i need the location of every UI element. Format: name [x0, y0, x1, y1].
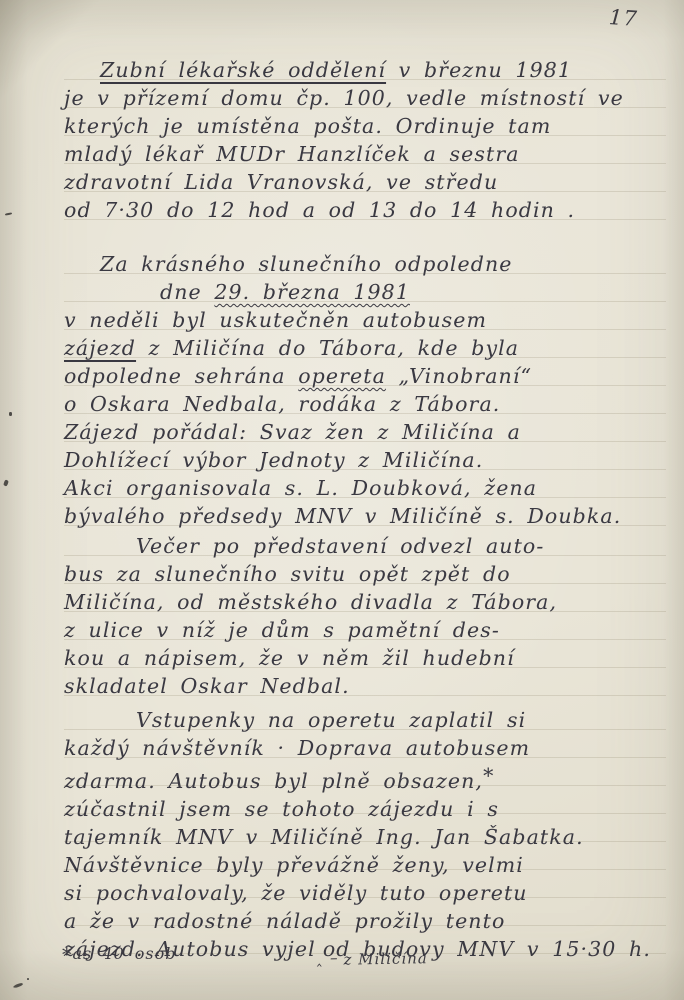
handwritten-text: Akci organisovala s. L. Doubková, žena: [64, 476, 537, 500]
handwritten-text: je v přízemí domu čp. 100, vedle místnos…: [64, 86, 624, 110]
manuscript-line: mladý lékař MUDr Hanzlíček a sestra: [64, 140, 666, 168]
insertion-caret: ‸: [317, 949, 322, 967]
handwritten-text: Vstupenky na operetu zaplatil si: [136, 708, 526, 732]
handwritten-text: Dohlížecí výbor Jednoty z Miličína.: [64, 448, 483, 472]
handwritten-text: kterých je umístěna pošta. Ordinuje tam: [64, 114, 551, 138]
manuscript-line: bývalého předsedy MNV v Miličíně s. Doub…: [64, 502, 666, 530]
handwritten-text: každý návštěvník · Doprava autobusem: [64, 736, 530, 760]
manuscript-line: zájezd z Miličína do Tábora, kde byla: [64, 334, 666, 362]
manuscript-line: Vstupenky na operetu zaplatil si: [64, 706, 666, 734]
manuscript-line: Akci organisovala s. L. Doubková, žena: [64, 474, 666, 502]
paragraph-dental-office-entry: Zubní lékařské oddělení v březnu 1981je …: [64, 56, 666, 224]
manuscript-line: Zájezd pořádal: Svaz žen z Miličína a: [64, 418, 666, 446]
manuscript-line: dne 29. března 1981: [64, 278, 666, 306]
handwritten-text: z Miličína do Tábora, kde byla: [136, 336, 519, 360]
manuscript-line: a že v radostné náladě prožily tento: [64, 907, 666, 935]
handwritten-text: Miličína, od městského divadla z Tábora,: [64, 590, 557, 614]
ink-smudge: [27, 978, 29, 980]
handwritten-text: tajemník MNV v Miličíně Ing. Jan Šabatka…: [64, 825, 584, 849]
chronicle-page: 17 Zubní lékařské oddělení v březnu 1981…: [0, 0, 684, 1000]
manuscript-line: od 7·30 do 12 hod a od 13 do 14 hodin .: [64, 196, 666, 224]
handwritten-text: Návštěvnice byly převážně ženy, velmi: [64, 853, 524, 877]
manuscript: Zubní lékařské oddělení v březnu 1981je …: [64, 56, 666, 972]
handwritten-text: kou a nápisem, že v něm žil hudební: [64, 646, 515, 670]
handwritten-text: skladatel Oskar Nedbal.: [64, 674, 350, 698]
handwritten-text: Zájezd pořádal: Svaz žen z Miličína a: [64, 420, 521, 444]
manuscript-line: skladatel Oskar Nedbal.: [64, 672, 666, 700]
footnote-asterisk: *: [483, 764, 493, 788]
underlined-text: Zubní lékařské oddělení: [100, 58, 386, 82]
handwritten-text: a že v radostné náladě prožily tento: [64, 909, 505, 933]
manuscript-line: z ulice v níž je dům s pamětní des-: [64, 616, 666, 644]
manuscript-line: je v přízemí domu čp. 100, vedle místnos…: [64, 84, 666, 112]
insertion-mark: –: [330, 949, 338, 967]
manuscript-line: Zubní lékařské oddělení v březnu 1981: [64, 56, 666, 84]
paragraph-trip-details: Vstupenky na operetu zaplatil sikaždý ná…: [64, 706, 666, 972]
handwritten-text: mladý lékař MUDr Hanzlíček a sestra: [64, 142, 520, 166]
manuscript-line: Večer po představení odvezl auto-: [64, 532, 666, 560]
ink-smudge: [13, 983, 23, 989]
page-number: 17: [608, 5, 638, 31]
footnote-marker: *: [62, 944, 73, 966]
insertion-text: z Miličína: [343, 949, 428, 968]
manuscript-line: Za krásného slunečního odpoledne: [64, 250, 666, 278]
manuscript-line: si pochvalovaly, že viděly tuto operetu: [64, 879, 666, 907]
paragraph-trip-entry-opening: Za krásného slunečního odpolednedne 29. …: [64, 250, 666, 530]
handwritten-text: v březnu 1981: [386, 58, 572, 82]
paragraph-trip-return: Večer po představení odvezl auto-bus za …: [64, 532, 666, 700]
manuscript-line: Miličína, od městského divadla z Tábora,: [64, 588, 666, 616]
manuscript-line: zdravotní Lida Vranovská, ve středu: [64, 168, 666, 196]
manuscript-line: kterých je umístěna pošta. Ordinuje tam: [64, 112, 666, 140]
binding-speck: [5, 212, 12, 215]
handwritten-text: zúčastnil jsem se tohoto zájezdu i s: [64, 797, 499, 821]
manuscript-line: zdarma. Autobus byl plně obsazen,*: [64, 762, 666, 795]
handwritten-text: odpoledne sehrána: [64, 364, 298, 388]
manuscript-line: odpoledne sehrána opereta „Vinobraní“: [64, 362, 666, 390]
binding-speck: [9, 412, 12, 416]
margin-insertion: –z Miličína: [330, 947, 428, 969]
footnote: *as 40 osob: [62, 944, 177, 966]
handwritten-text: v neděli byl uskutečněn autobusem: [64, 308, 487, 332]
handwritten-text: dne: [160, 280, 214, 304]
manuscript-line: Návštěvnice byly převážně ženy, velmi: [64, 851, 666, 879]
handwritten-text: „Vinobraní“: [386, 364, 532, 388]
handwritten-text: Za krásného slunečního odpoledne: [100, 252, 513, 276]
handwritten-text: bývalého předsedy MNV v Miličíně s. Doub…: [64, 504, 621, 528]
footnote-text: as 40 osob: [73, 944, 177, 963]
underlined-text: zájezd: [64, 336, 136, 360]
manuscript-line: kou a nápisem, že v něm žil hudební: [64, 644, 666, 672]
manuscript-line: bus za slunečního svitu opět zpět do: [64, 560, 666, 588]
manuscript-line: o Oskara Nedbala, rodáka z Tábora.: [64, 390, 666, 418]
manuscript-line: zúčastnil jsem se tohoto zájezdu i s: [64, 795, 666, 823]
handwritten-text: zdarma. Autobus byl plně obsazen,: [64, 769, 483, 793]
manuscript-line: tajemník MNV v Miličíně Ing. Jan Šabatka…: [64, 823, 666, 851]
handwritten-text: o Oskara Nedbala, rodáka z Tábora.: [64, 392, 500, 416]
handwritten-text: zdravotní Lida Vranovská, ve středu: [64, 170, 498, 194]
binding-speck: [3, 479, 9, 486]
handwritten-text: Večer po představení odvezl auto-: [136, 534, 544, 558]
handwritten-text: bus za slunečního svitu opět zpět do: [64, 562, 511, 586]
manuscript-line: každý návštěvník · Doprava autobusem: [64, 734, 666, 762]
handwritten-text: z ulice v níž je dům s pamětní des-: [64, 618, 500, 642]
underlined-text: 29. března 1981: [214, 280, 410, 304]
handwritten-text: si pochvalovaly, že viděly tuto operetu: [64, 881, 528, 905]
underlined-text: opereta: [298, 364, 386, 388]
manuscript-line: v neděli byl uskutečněn autobusem: [64, 306, 666, 334]
manuscript-line: Dohlížecí výbor Jednoty z Miličína.: [64, 446, 666, 474]
handwritten-text: od 7·30 do 12 hod a od 13 do 14 hodin .: [64, 198, 575, 222]
